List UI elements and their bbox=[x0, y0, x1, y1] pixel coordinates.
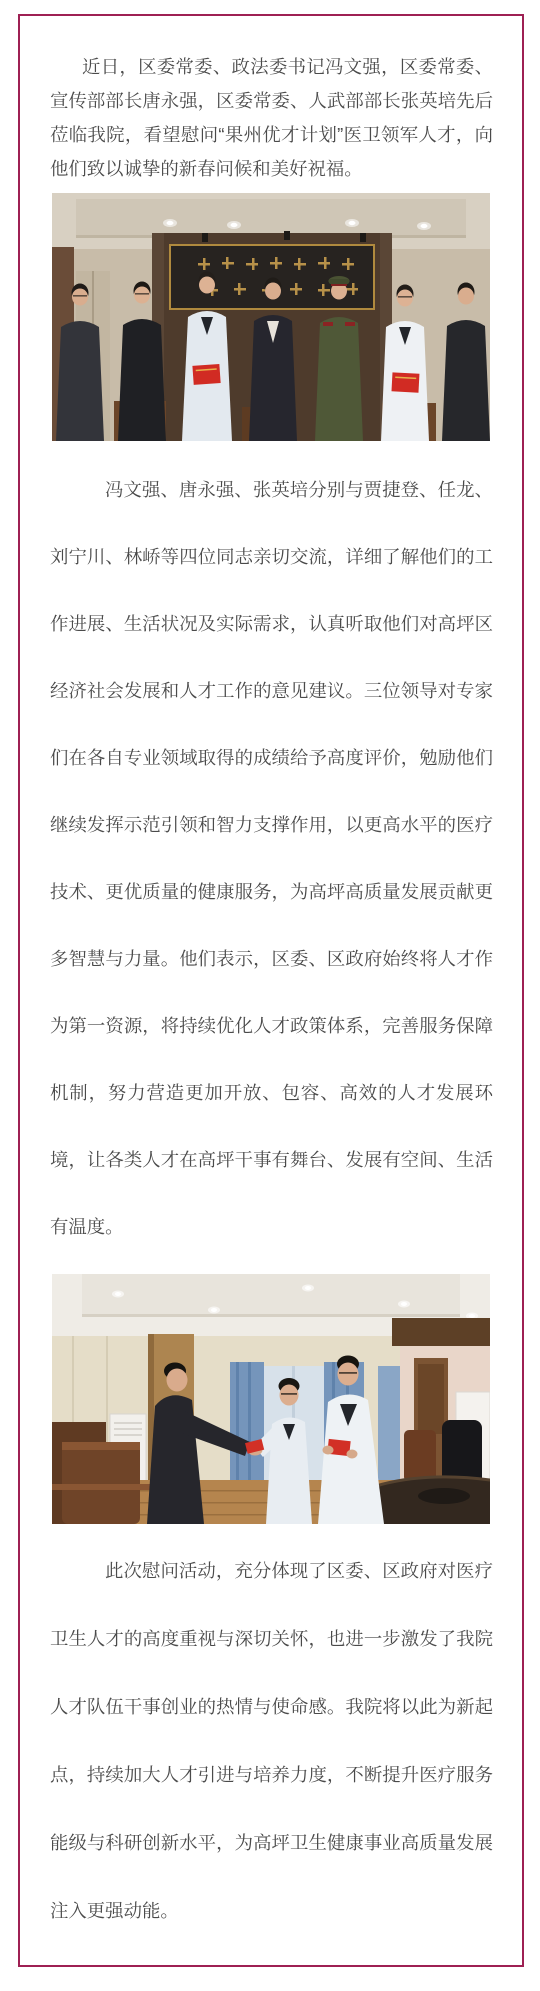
paragraph-body: 冯文强、唐永强、张英培分别与贾捷登、任龙、刘宁川、林峤等四位同志亲切交流，详细了… bbox=[50, 456, 493, 1260]
paragraph-intro: 近日，区委常委、政法委书记冯文强，区委常委、宣传部部长唐永强，区委常委、人武部部… bbox=[50, 50, 493, 186]
group-photo bbox=[52, 193, 490, 441]
handshake-photo bbox=[52, 1274, 490, 1524]
paragraph-closing: 此次慰问活动，充分体现了区委、区政府对医疗卫生人才的高度重视与深切关怀，也进一步… bbox=[50, 1537, 493, 1945]
article-frame: 近日，区委常委、政法委书记冯文强，区委常委、宣传部部长唐永强，区委常委、人武部部… bbox=[18, 14, 524, 1967]
article-page: 近日，区委常委、政法委书记冯文强，区委常委、宣传部部长唐永强，区委常委、人武部部… bbox=[0, 0, 540, 1991]
handshake-photo-illustration bbox=[52, 1274, 490, 1524]
group-photo-illustration bbox=[52, 193, 490, 441]
